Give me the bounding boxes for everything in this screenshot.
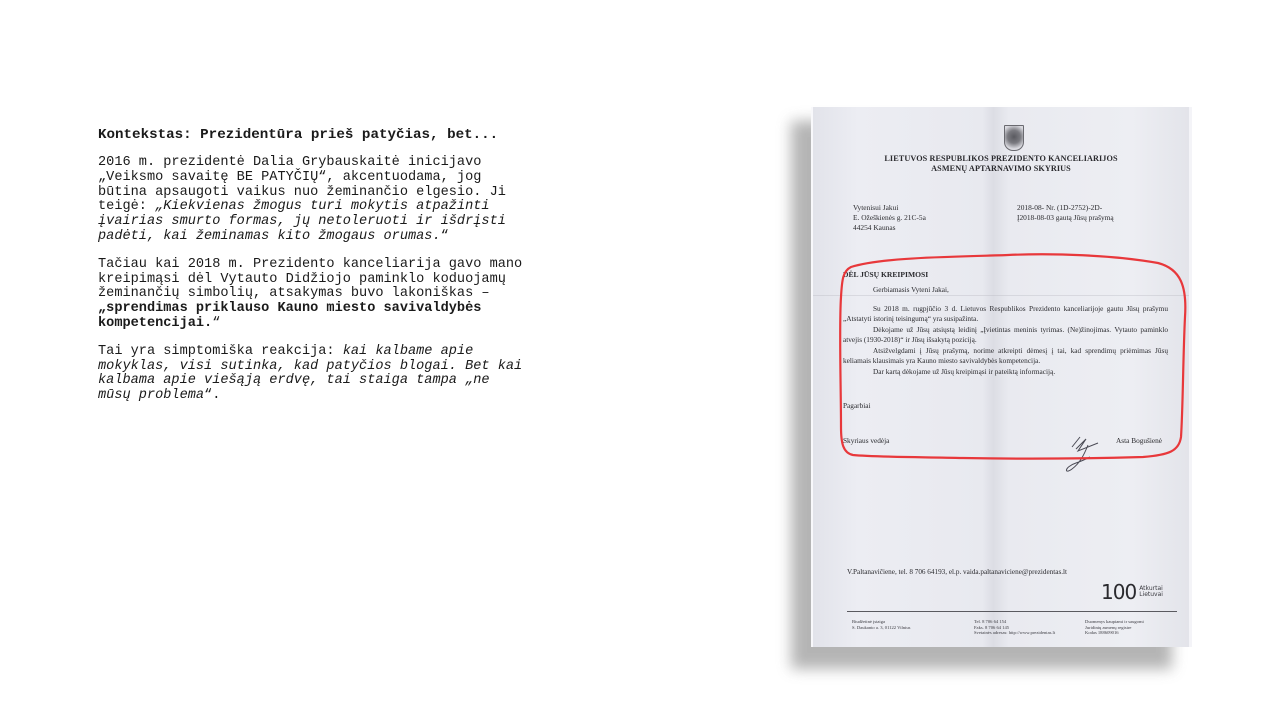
footer-divider [847, 611, 1177, 612]
letter-header-institution: LIETUVOS RESPUBLIKOS PREZIDENTO KANCELIA… [813, 154, 1189, 163]
paragraph-presidential-initiative: 2016 m. prezidentė Dalia Grybauskaitė in… [98, 156, 578, 245]
letter-body-paragraph: Su 2018 m. rugpjūčio 3 d. Lietuvos Respu… [843, 304, 1168, 325]
letter-reference: 2018-08- Nr. (1D-2752)-2D- Į2018-08-03 g… [1017, 203, 1114, 223]
letter-contact-line: V.Paltanavičiene, tel. 8 706 64193, el.p… [847, 568, 1067, 576]
letter-body-paragraph: Dar kartą dėkojame už Jūsų kreipimąsi ir… [843, 367, 1168, 378]
slide: Kontekstas: Prezidentūra prieš patyčias,… [0, 0, 1280, 720]
centenary-number: 100 [1101, 582, 1136, 602]
letter-paper: LIETUVOS RESPUBLIKOS PREZIDENTO KANCELIA… [811, 107, 1192, 647]
centenary-text: Atkurtai Lietuvai [1139, 586, 1163, 599]
coat-of-arms-icon [1004, 125, 1024, 151]
slide-title: Kontekstas: Prezidentūra prieš patyčias,… [98, 127, 578, 144]
letter-recipient: Vytenisui Jakui E. Ožeškienės g. 21C-5a … [853, 203, 926, 233]
footer-address: Biudžetinė įstaiga S. Daukanto a. 3, 011… [852, 619, 910, 630]
letter-signer-name: Asta Bogušienė [1116, 436, 1162, 445]
text-segment: „sprendimas priklauso Kauno miesto saviv… [98, 301, 481, 331]
paragraph-chancellery-response: Tačiau kai 2018 m. Prezidento kanceliari… [98, 258, 578, 332]
paragraph-symptomatic-reaction: Tai yra simptomiška reakcija: kai kalbam… [98, 345, 578, 404]
text-segment: Tačiau kai 2018 m. Prezidento kanceliari… [98, 257, 522, 302]
letter-closing: Pagarbiai [843, 401, 871, 410]
text-column: Kontekstas: Prezidentūra prieš patyčias,… [98, 127, 578, 417]
letter-signer-title: Skyriaus vedėja [843, 436, 889, 445]
text-segment: “ [212, 316, 220, 331]
red-highlight-outline [813, 107, 1192, 647]
text-segment: “ [441, 229, 449, 244]
letter-photo: LIETUVOS RESPUBLIKOS PREZIDENTO KANCELIA… [811, 107, 1192, 647]
text-segment: Tai yra simptomiška reakcija: [98, 344, 343, 359]
handwritten-signature-icon [1058, 429, 1113, 474]
letter-subject: DĖL JŪSŲ KREIPIMOSI [843, 270, 928, 279]
letter-header-department: ASMENŲ APTARNAVIMO SKYRIUS [813, 164, 1189, 173]
centenary-logo: 100 Atkurtai Lietuvai [1101, 582, 1163, 602]
letter-salutation: Gerbiamasis Vyteni Jakai, [843, 285, 1168, 296]
footer-registry: Duomenys kaupiami ir saugomi Juridinių a… [1085, 619, 1144, 636]
letter-body-paragraph: Dėkojame už Jūsų atsiųstą leidinį „Įviet… [843, 325, 1168, 346]
letter-body: Gerbiamasis Vyteni Jakai, Su 2018 m. rug… [843, 285, 1168, 377]
footer-phones: Tel. 8 706 64 154 Faks. 8 706 64 145 Sve… [974, 619, 1055, 636]
letter-body-paragraph: Atsižvelgdami į Jūsų prašymą, norime atk… [843, 346, 1168, 367]
text-segment: “. [204, 388, 220, 403]
